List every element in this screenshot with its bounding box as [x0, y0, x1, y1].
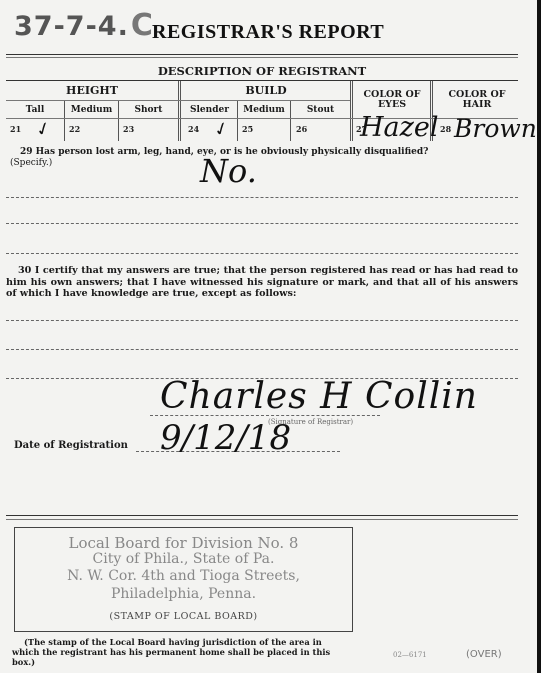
question-29-answer[interactable]: No. [200, 152, 257, 190]
serial-suffix: C [131, 8, 154, 43]
stamp-section-rule [6, 515, 518, 516]
answer-line [6, 197, 518, 198]
group-rule [6, 100, 350, 101]
build-medium-number: 25 [242, 124, 253, 134]
stamp-line-2: City of Phila., State of Pa. [15, 551, 352, 567]
height-tall-label: Tall [6, 105, 64, 115]
scan-edge [537, 0, 541, 673]
height-medium-label: Medium [65, 105, 118, 115]
title-rule [6, 54, 518, 55]
height-header: HEIGHT [6, 84, 178, 97]
stamp-instructions: (The stamp of the Local Board having jur… [12, 637, 352, 667]
height-tall-number: 21 [10, 124, 21, 134]
build-slender-check-icon[interactable]: ✓ [211, 117, 232, 142]
registration-date-value[interactable]: 9/12/18 [160, 418, 291, 458]
build-stout-label: Stout [291, 105, 350, 115]
height-short-label: Short [119, 105, 178, 115]
question-30: 30 I certify that my answers are true; t… [6, 265, 518, 300]
divider-height-build [178, 81, 181, 141]
build-slender-label: Slender [182, 105, 237, 115]
section-title: DESCRIPTION OF REGISTRANT [6, 64, 518, 78]
eyes-value[interactable]: Hazel [360, 112, 438, 143]
stamp-line-4: Philadelphia, Penna. [15, 586, 352, 602]
column-rule [6, 118, 518, 119]
build-slender-number: 24 [188, 124, 199, 134]
form-code: 02—6171 [393, 651, 427, 659]
stamp-section-rule-2 [6, 519, 518, 520]
registration-card: 37-7-4.C REGISTRAR'S REPORT DESCRIPTION … [0, 0, 541, 673]
stamp-line-1: Local Board for Division No. 8 [15, 534, 352, 552]
question-29: 29 Has person lost arm, leg, hand, eye, … [10, 147, 530, 169]
section-rule [6, 80, 518, 81]
divider-build-eyes [350, 81, 353, 141]
build-medium-label: Medium [238, 105, 290, 115]
exception-line [6, 320, 518, 321]
hair-value[interactable]: Brown [454, 114, 537, 143]
height-short-number: 23 [123, 124, 134, 134]
page-title: REGISTRAR'S REPORT [152, 21, 384, 44]
exception-line [6, 349, 518, 350]
stamp-line-3: N. W. Cor. 4th and Tioga Streets, [15, 568, 352, 584]
stamp-caption: (STAMP OF LOCAL BOARD) [15, 611, 352, 622]
build-stout-number: 26 [296, 124, 307, 134]
local-board-stamp-box: Local Board for Division No. 8 City of P… [14, 527, 353, 632]
height-tall-check-icon[interactable]: ✓ [33, 117, 54, 142]
eyes-header: COLOR OF EYES [354, 90, 430, 110]
registration-date-label: Date of Registration [14, 440, 128, 451]
serial-number: 37-7-4.C [14, 8, 154, 43]
answer-line [6, 223, 518, 224]
hair-number: 28 [440, 124, 451, 134]
title-rule-2 [6, 57, 518, 58]
answer-line [6, 253, 518, 254]
question-29-specify: (Specify.) [10, 158, 52, 168]
height-medium-number: 22 [69, 124, 80, 134]
signature-line [150, 415, 380, 416]
question-30-number: 30 [18, 265, 31, 276]
hair-header: COLOR OF HAIR [436, 90, 518, 110]
over-label: (OVER) [466, 649, 502, 660]
question-29-number: 29 [20, 147, 33, 157]
question-30-text: I certify that my answers are true; that… [6, 265, 518, 299]
registrar-signature[interactable]: Charles H Collin [160, 376, 478, 417]
build-header: BUILD [182, 84, 350, 97]
